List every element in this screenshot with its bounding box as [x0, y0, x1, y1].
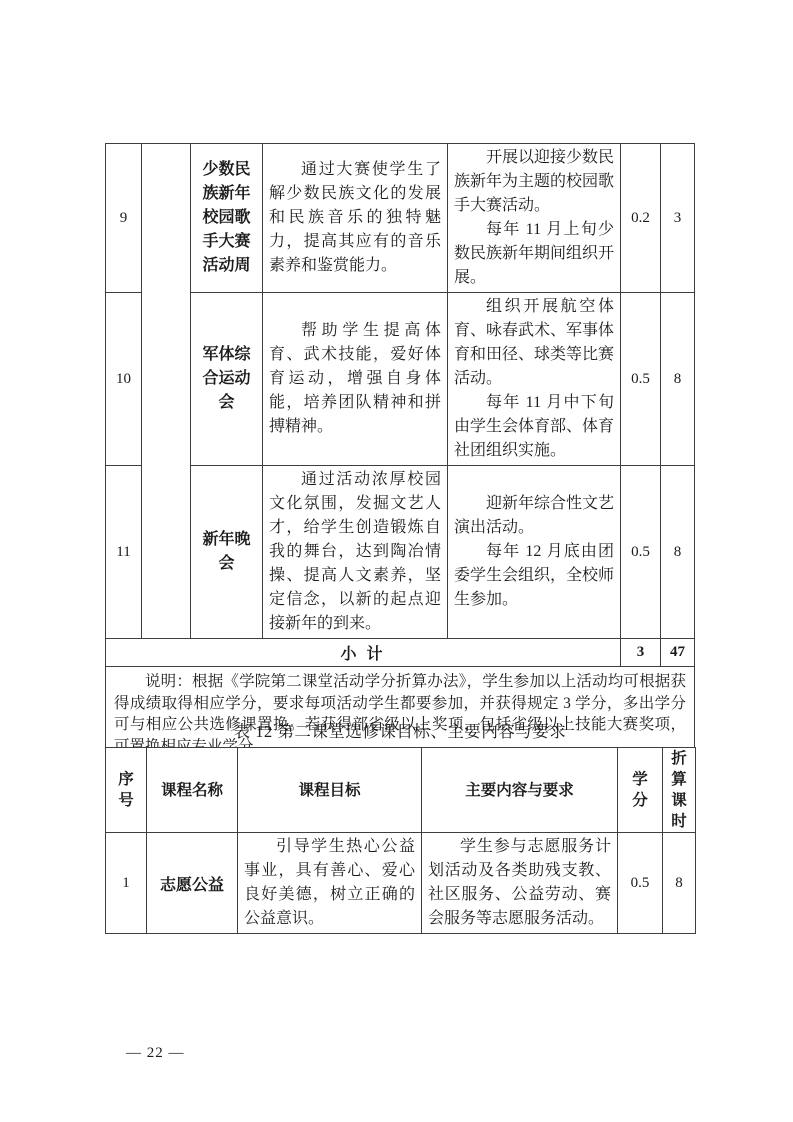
paragraph: 开展以迎接少数民族新年为主题的校园歌手大赛活动。 — [454, 146, 614, 218]
page-number: — 22 — — [126, 1045, 185, 1062]
cell-activity-content: 迎新年综合性文艺演出活动。 每年 12 月底由团委学生会组织，全校师生参加。 — [448, 466, 621, 639]
cell-activity-name: 新年晚会 — [191, 466, 263, 639]
paragraph: 每年 11 月中下旬由学生会体育部、体育社团组织实施。 — [454, 391, 614, 463]
cell-activity-name: 军体综合运动会 — [191, 293, 263, 466]
cell-credit: 0.5 — [621, 293, 661, 466]
cell-activity-goal: 帮助学生提高体育、武术技能，爱好体育运动，增强自身体能，培养团队精神和拼搏精神。 — [263, 293, 448, 466]
subtotal-hours: 47 — [661, 639, 695, 667]
cell-activity-goal: 通过大赛使学生了解少数民族文化的发展和民族音乐的独特魅力，提高其应有的音乐素养和… — [263, 144, 448, 293]
cell-hours: 8 — [663, 833, 696, 934]
document-page: 9 少数民族新年校园歌手大赛活动周 通过大赛使学生了解少数民族文化的发展和民族音… — [0, 0, 793, 1122]
paragraph: 引导学生热心公益事业，具有善心、爱心良好美德，树立正确的公益意识。 — [244, 835, 415, 931]
subtotal-row: 小 计 3 47 — [106, 639, 695, 667]
activity-row-9: 9 少数民族新年校园歌手大赛活动周 通过大赛使学生了解少数民族文化的发展和民族音… — [106, 144, 695, 293]
activity-row-11: 11 新年晚会 通过活动浓厚校园文化氛围，发掘文艺人才，给学生创造锻炼自我的舞台… — [106, 466, 695, 639]
paragraph: 帮助学生提高体育、武术技能，爱好体育运动，增强自身体能，培养团队精神和拼搏精神。 — [269, 319, 441, 439]
header-converted-hours-text: 折算课时 — [670, 748, 688, 832]
activity-name-text: 军体综合运动会 — [203, 343, 251, 415]
cell-activity-goal: 通过活动浓厚校园文化氛围，发掘文艺人才，给学生创造锻炼自我的舞台，达到陶冶情操、… — [263, 466, 448, 639]
paragraph: 组织开展航空体育、咏春武术、军事体育和田径、球类等比赛活动。 — [454, 295, 614, 391]
electives-header-row: 序号 课程名称 课程目标 主要内容与要求 学分 折算课时 — [106, 748, 696, 833]
subtotal-label: 小 计 — [106, 639, 621, 667]
paragraph: 通过大赛使学生了解少数民族文化的发展和民族音乐的独特魅力，提高其应有的音乐素养和… — [269, 158, 441, 278]
cell-seq-number: 9 — [106, 144, 142, 293]
header-content-requirements: 主要内容与要求 — [422, 748, 618, 833]
header-credit: 学分 — [618, 748, 663, 833]
cell-seq-number: 1 — [106, 833, 147, 934]
cell-course-name: 志愿公益 — [147, 833, 238, 934]
subtotal-credit: 3 — [621, 639, 661, 667]
table12-title: 表 12 第二课堂选修课目标、主要内容与要求 — [105, 718, 695, 742]
cell-activity-content: 开展以迎接少数民族新年为主题的校园歌手大赛活动。 每年 11 月上旬少数民族新年… — [448, 144, 621, 293]
electives-table: 序号 课程名称 课程目标 主要内容与要求 学分 折算课时 1 志愿公益 引导学生… — [105, 747, 696, 934]
header-credit-text: 学分 — [631, 769, 649, 811]
cell-hours: 3 — [661, 144, 695, 293]
cell-credit: 0.2 — [621, 144, 661, 293]
elective-row-1: 1 志愿公益 引导学生热心公益事业，具有善心、爱心良好美德，树立正确的公益意识。… — [106, 833, 696, 934]
cell-seq-number: 10 — [106, 293, 142, 466]
cell-activity-content: 组织开展航空体育、咏春武术、军事体育和田径、球类等比赛活动。 每年 11 月中下… — [448, 293, 621, 466]
activity-row-10: 10 军体综合运动会 帮助学生提高体育、武术技能，爱好体育运动，增强自身体能，培… — [106, 293, 695, 466]
header-converted-hours: 折算课时 — [663, 748, 696, 833]
cell-credit: 0.5 — [621, 466, 661, 639]
note-text: 说明：根据《学院第二课堂活动学分折算办法》，学生参加以上活动均可根据获得成绩取得… — [114, 671, 686, 757]
paragraph: 每年 12 月底由团委学生会组织，全校师生参加。 — [454, 540, 614, 612]
header-seq: 序号 — [106, 748, 147, 833]
header-course-goal: 课程目标 — [238, 748, 422, 833]
activity-name-text: 新年晚会 — [203, 528, 251, 576]
paragraph: 学生参与志愿服务计划活动及各类助残支教、社区服务、公益劳动、赛会服务等志愿服务活… — [428, 835, 611, 931]
activity-name-text: 少数民族新年校园歌手大赛活动周 — [203, 158, 251, 278]
cell-hours: 8 — [661, 293, 695, 466]
header-course-name: 课程名称 — [147, 748, 238, 833]
cell-course-goal: 引导学生热心公益事业，具有善心、爱心良好美德，树立正确的公益意识。 — [238, 833, 422, 934]
cell-seq-number: 11 — [106, 466, 142, 639]
paragraph: 通过活动浓厚校园文化氛围，发掘文艺人才，给学生创造锻炼自我的舞台，达到陶冶情操、… — [269, 468, 441, 636]
second-classroom-activities-table: 9 少数民族新年校园歌手大赛活动周 通过大赛使学生了解少数民族文化的发展和民族音… — [105, 143, 695, 764]
cell-hours: 8 — [661, 466, 695, 639]
cell-activity-name: 少数民族新年校园歌手大赛活动周 — [191, 144, 263, 293]
paragraph: 每年 11 月上旬少数民族新年期间组织开展。 — [454, 218, 614, 290]
cell-credit: 0.5 — [618, 833, 663, 934]
cell-category-merged-empty — [142, 144, 191, 639]
cell-course-content: 学生参与志愿服务计划活动及各类助残支教、社区服务、公益劳动、赛会服务等志愿服务活… — [422, 833, 618, 934]
header-seq-text: 序号 — [117, 769, 135, 811]
paragraph: 迎新年综合性文艺演出活动。 — [454, 492, 614, 540]
